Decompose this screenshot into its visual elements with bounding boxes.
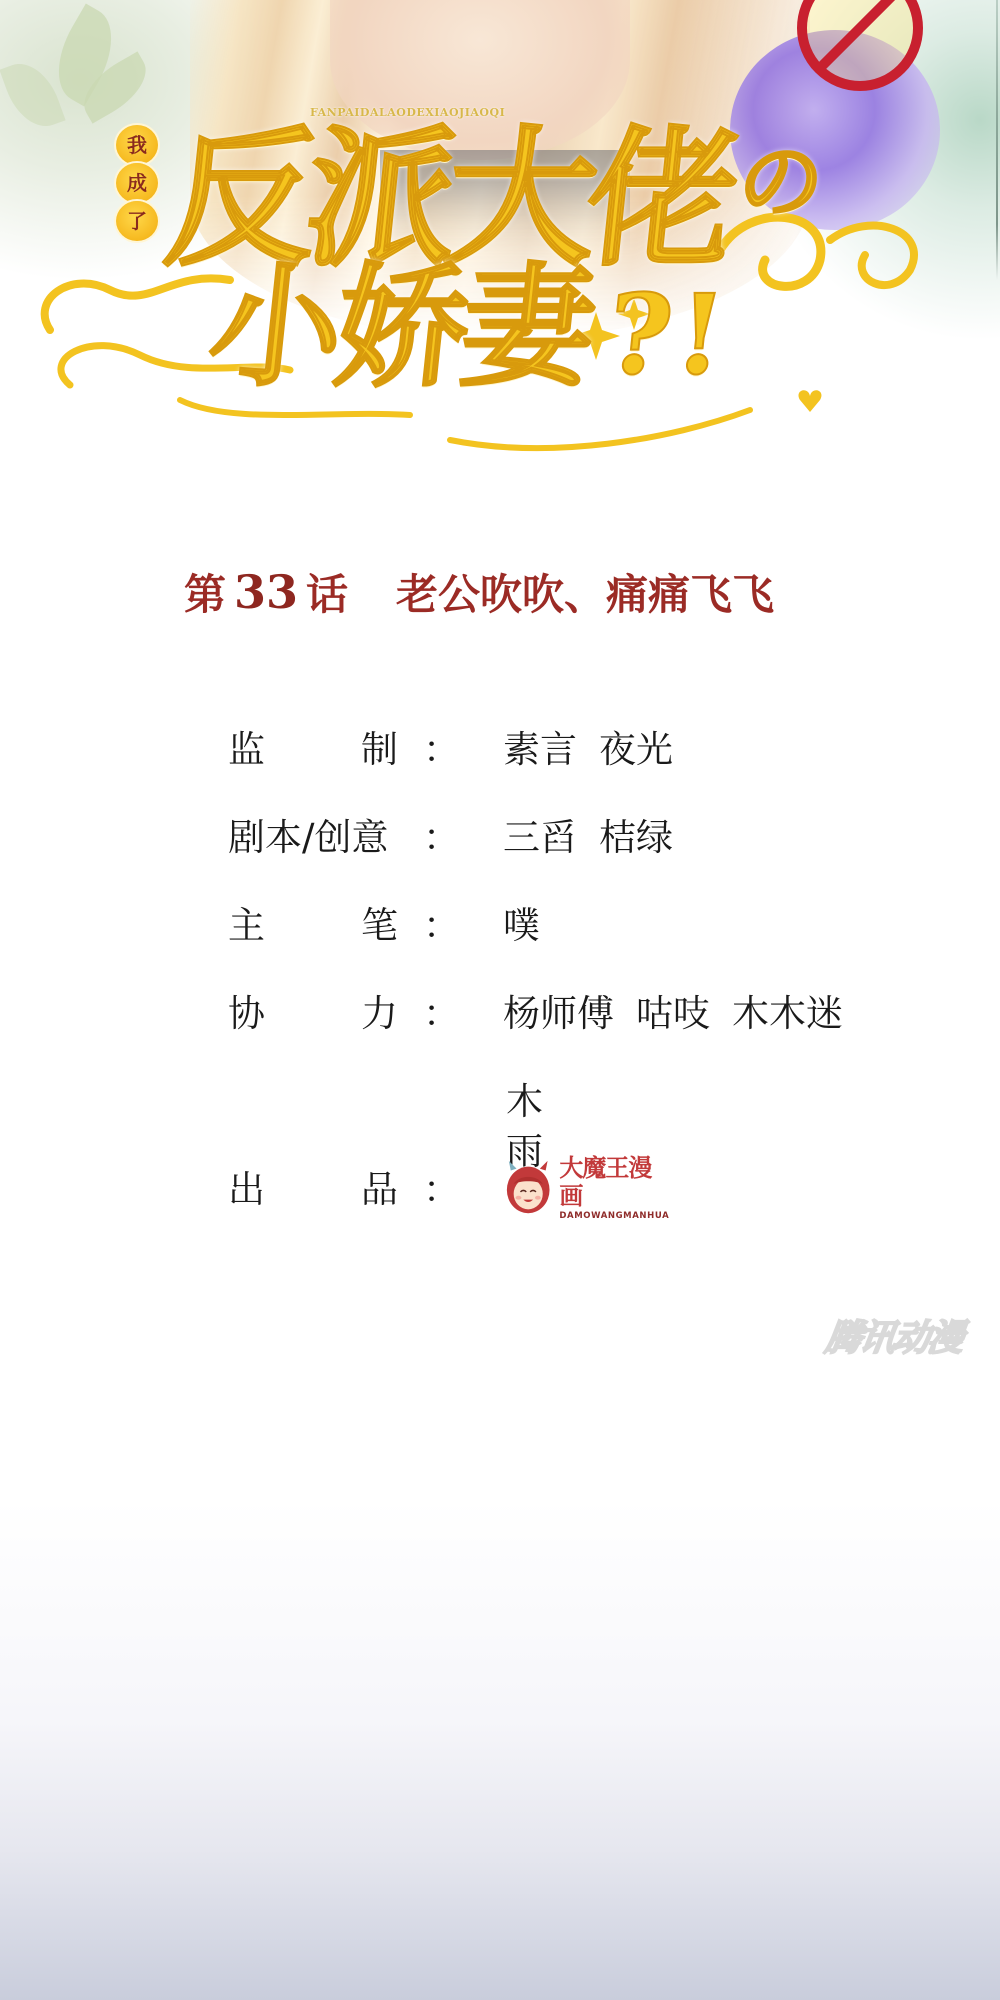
- credit-value: 三舀桔绿: [503, 813, 695, 863]
- credit-value: 噗: [503, 901, 562, 951]
- credit-name: 木木迷: [732, 992, 843, 1035]
- credit-label: 主 笔: [228, 901, 398, 951]
- forbidden-sign-icon: [790, 0, 930, 98]
- label-char: 监: [228, 725, 265, 775]
- publisher-name-cn: 大魔王漫画: [559, 1154, 670, 1210]
- credit-colon: ：: [423, 901, 460, 951]
- chapter-suffix: 话: [306, 562, 348, 622]
- credit-label: 协 力: [228, 989, 398, 1039]
- publisher-mascot-icon: [503, 1160, 553, 1216]
- label-char: 制: [361, 725, 398, 775]
- badge-char: 成: [116, 163, 158, 203]
- credit-colon: ：: [423, 1165, 460, 1215]
- credit-colon: ：: [423, 725, 460, 775]
- credit-colon: ：: [423, 813, 460, 863]
- comic-page: FANPAIDALAODEXIAOJIAOQI 我 成 了 反派大佬の 小娇妻?…: [0, 0, 1000, 2000]
- credit-name: 杨师傅: [503, 992, 614, 1035]
- credit-name: 三舀: [503, 816, 577, 859]
- credit-colon: ：: [423, 989, 460, 1039]
- edge-line: [996, 0, 998, 280]
- label-char: 主: [228, 901, 265, 951]
- tencent-comic-watermark: 腾讯动漫: [822, 1310, 965, 1361]
- comic-title-line-2: 小娇妻?!: [202, 258, 736, 405]
- credit-name: 桔绿: [599, 816, 673, 859]
- label-char: 品: [361, 1165, 398, 1215]
- credit-value: 素言夜光: [503, 725, 695, 775]
- label-char: 出: [228, 1165, 265, 1215]
- publisher-logo: 大魔王漫画 DAMOWANGMANHUA: [503, 1157, 671, 1219]
- title-sub-text: 小娇妻: [202, 250, 596, 405]
- publisher-name-en: DAMOWANGMANHUA: [559, 1210, 670, 1222]
- credit-label: 剧本/创意: [228, 813, 443, 863]
- badge-char: 我: [116, 125, 158, 165]
- credit-name: 夜光: [599, 728, 673, 771]
- chapter-prefix: 第: [184, 562, 226, 622]
- badge-char: 了: [116, 201, 158, 241]
- credit-label: 出 品: [228, 1165, 398, 1215]
- credit-name: 咕吱: [636, 992, 710, 1035]
- title-no-mark: の: [734, 132, 828, 231]
- title-punctuation: ?!: [601, 270, 735, 399]
- chapter-title: 第 33 话 老公吹吹、痛痛飞飞: [184, 562, 774, 622]
- chapter-number: 33: [228, 565, 304, 619]
- publisher-wordmark: 大魔王漫画 DAMOWANGMANHUA: [559, 1154, 670, 1222]
- chapter-name: 老公吹吹、痛痛飞飞: [396, 562, 774, 622]
- title-badge: 我 成 了: [116, 125, 160, 239]
- credit-name: 噗: [503, 904, 540, 947]
- label-char: 协: [228, 989, 265, 1039]
- credit-name: 素言: [503, 728, 577, 771]
- label-text: 剧本/创意: [228, 813, 388, 863]
- label-char: 力: [361, 989, 398, 1039]
- credit-value: 杨师傅咕吱木木迷: [503, 989, 865, 1039]
- cover-illustration: FANPAIDALAODEXIAOJIAOQI 我 成 了 反派大佬の 小娇妻?…: [0, 0, 1000, 480]
- label-char: 笔: [361, 901, 398, 951]
- credit-label: 监 制: [228, 725, 398, 775]
